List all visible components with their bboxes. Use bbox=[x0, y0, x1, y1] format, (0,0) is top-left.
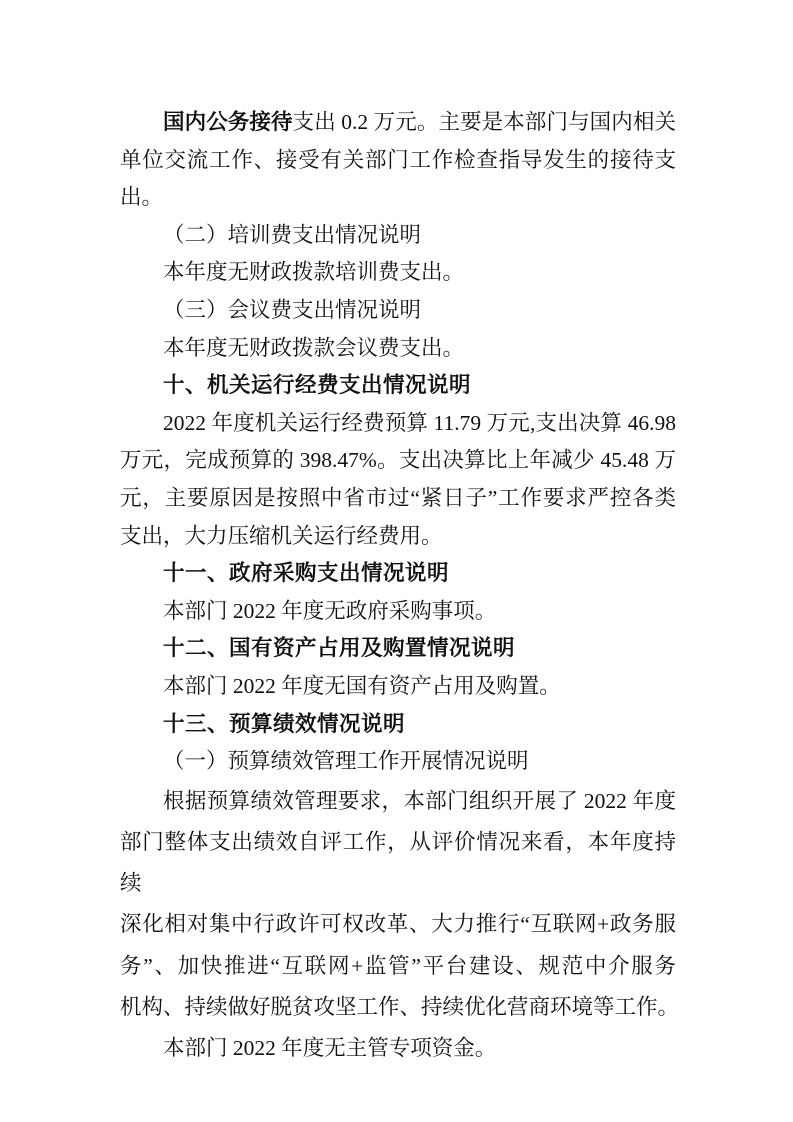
paragraph-domestic-reception-line-3: 出。 bbox=[120, 179, 676, 217]
document-body: 国内公务接待支出 0.2 万元。主要是本部门与国内相关 单位交流工作、接受有关部… bbox=[120, 104, 676, 1069]
heading-section-10-agency-operating-expense: 十、机关运行经费支出情况说明 bbox=[120, 367, 676, 405]
subheading-performance-management: （一）预算绩效管理工作开展情况说明 bbox=[120, 743, 676, 781]
subheading-training-expense: （二）培训费支出情况说明 bbox=[120, 217, 676, 255]
paragraph-performance-line-5: 机构、持续做好脱贫攻坚工作、持续优化营商环境等工作。 bbox=[120, 987, 676, 1028]
subheading-meeting-expense: （三）会议费支出情况说明 bbox=[120, 292, 676, 330]
paragraph-special-funds: 本部门 2022 年度无主管专项资金。 bbox=[120, 1028, 676, 1069]
paragraph-domestic-reception-line-2: 单位交流工作、接受有关部门工作检查指导发生的接待支 bbox=[120, 142, 676, 180]
bold-term-domestic-reception: 国内公务接待 bbox=[163, 110, 293, 134]
paragraph-performance-line-1: 根据预算绩效管理要求，本部门组织开展了 2022 年度 bbox=[120, 781, 676, 822]
paragraph-agency-operating-line-3: 元，主要原因是按照中省市过“紧日子”工作要求严控各类 bbox=[120, 480, 676, 518]
paragraph-government-procurement: 本部门 2022 年度无政府采购事项。 bbox=[120, 593, 676, 631]
heading-section-13-budget-performance: 十三、预算绩效情况说明 bbox=[120, 706, 676, 744]
paragraph-meeting-expense: 本年度无财政拨款会议费支出。 bbox=[120, 330, 676, 368]
paragraph-state-assets: 本部门 2022 年度无国有资产占用及购置。 bbox=[120, 668, 676, 706]
paragraph-agency-operating-line-4: 支出，大力压缩机关运行经费用。 bbox=[120, 518, 676, 556]
document-page: 国内公务接待支出 0.2 万元。主要是本部门与国内相关 单位交流工作、接受有关部… bbox=[0, 0, 793, 1122]
paragraph-agency-operating-line-1: 2022 年度机关运行经费预算 11.79 万元,支出决算 46.98 bbox=[120, 405, 676, 443]
paragraph-performance-line-3: 深化相对集中行政许可权改革、大力推行“互联网+政务服 bbox=[120, 904, 676, 945]
paragraph-domestic-reception-line-1: 国内公务接待支出 0.2 万元。主要是本部门与国内相关 bbox=[120, 104, 676, 142]
heading-section-11-government-procurement: 十一、政府采购支出情况说明 bbox=[120, 555, 676, 593]
paragraph-performance-line-2: 部门整体支出绩效自评工作，从评价情况来看，本年度持续 bbox=[120, 822, 676, 904]
paragraph-agency-operating-line-2: 万元，完成预算的 398.47%。支出决算比上年减少 45.48 万 bbox=[120, 442, 676, 480]
paragraph-performance-line-4: 务”、加快推进“互联网+监管”平台建设、规范中介服务 bbox=[120, 946, 676, 987]
heading-section-12-state-assets: 十二、国有资产占用及购置情况说明 bbox=[120, 630, 676, 668]
text-run: 支出 0.2 万元。主要是本部门与国内相关 bbox=[293, 110, 676, 134]
paragraph-training-expense: 本年度无财政拨款培训费支出。 bbox=[120, 254, 676, 292]
